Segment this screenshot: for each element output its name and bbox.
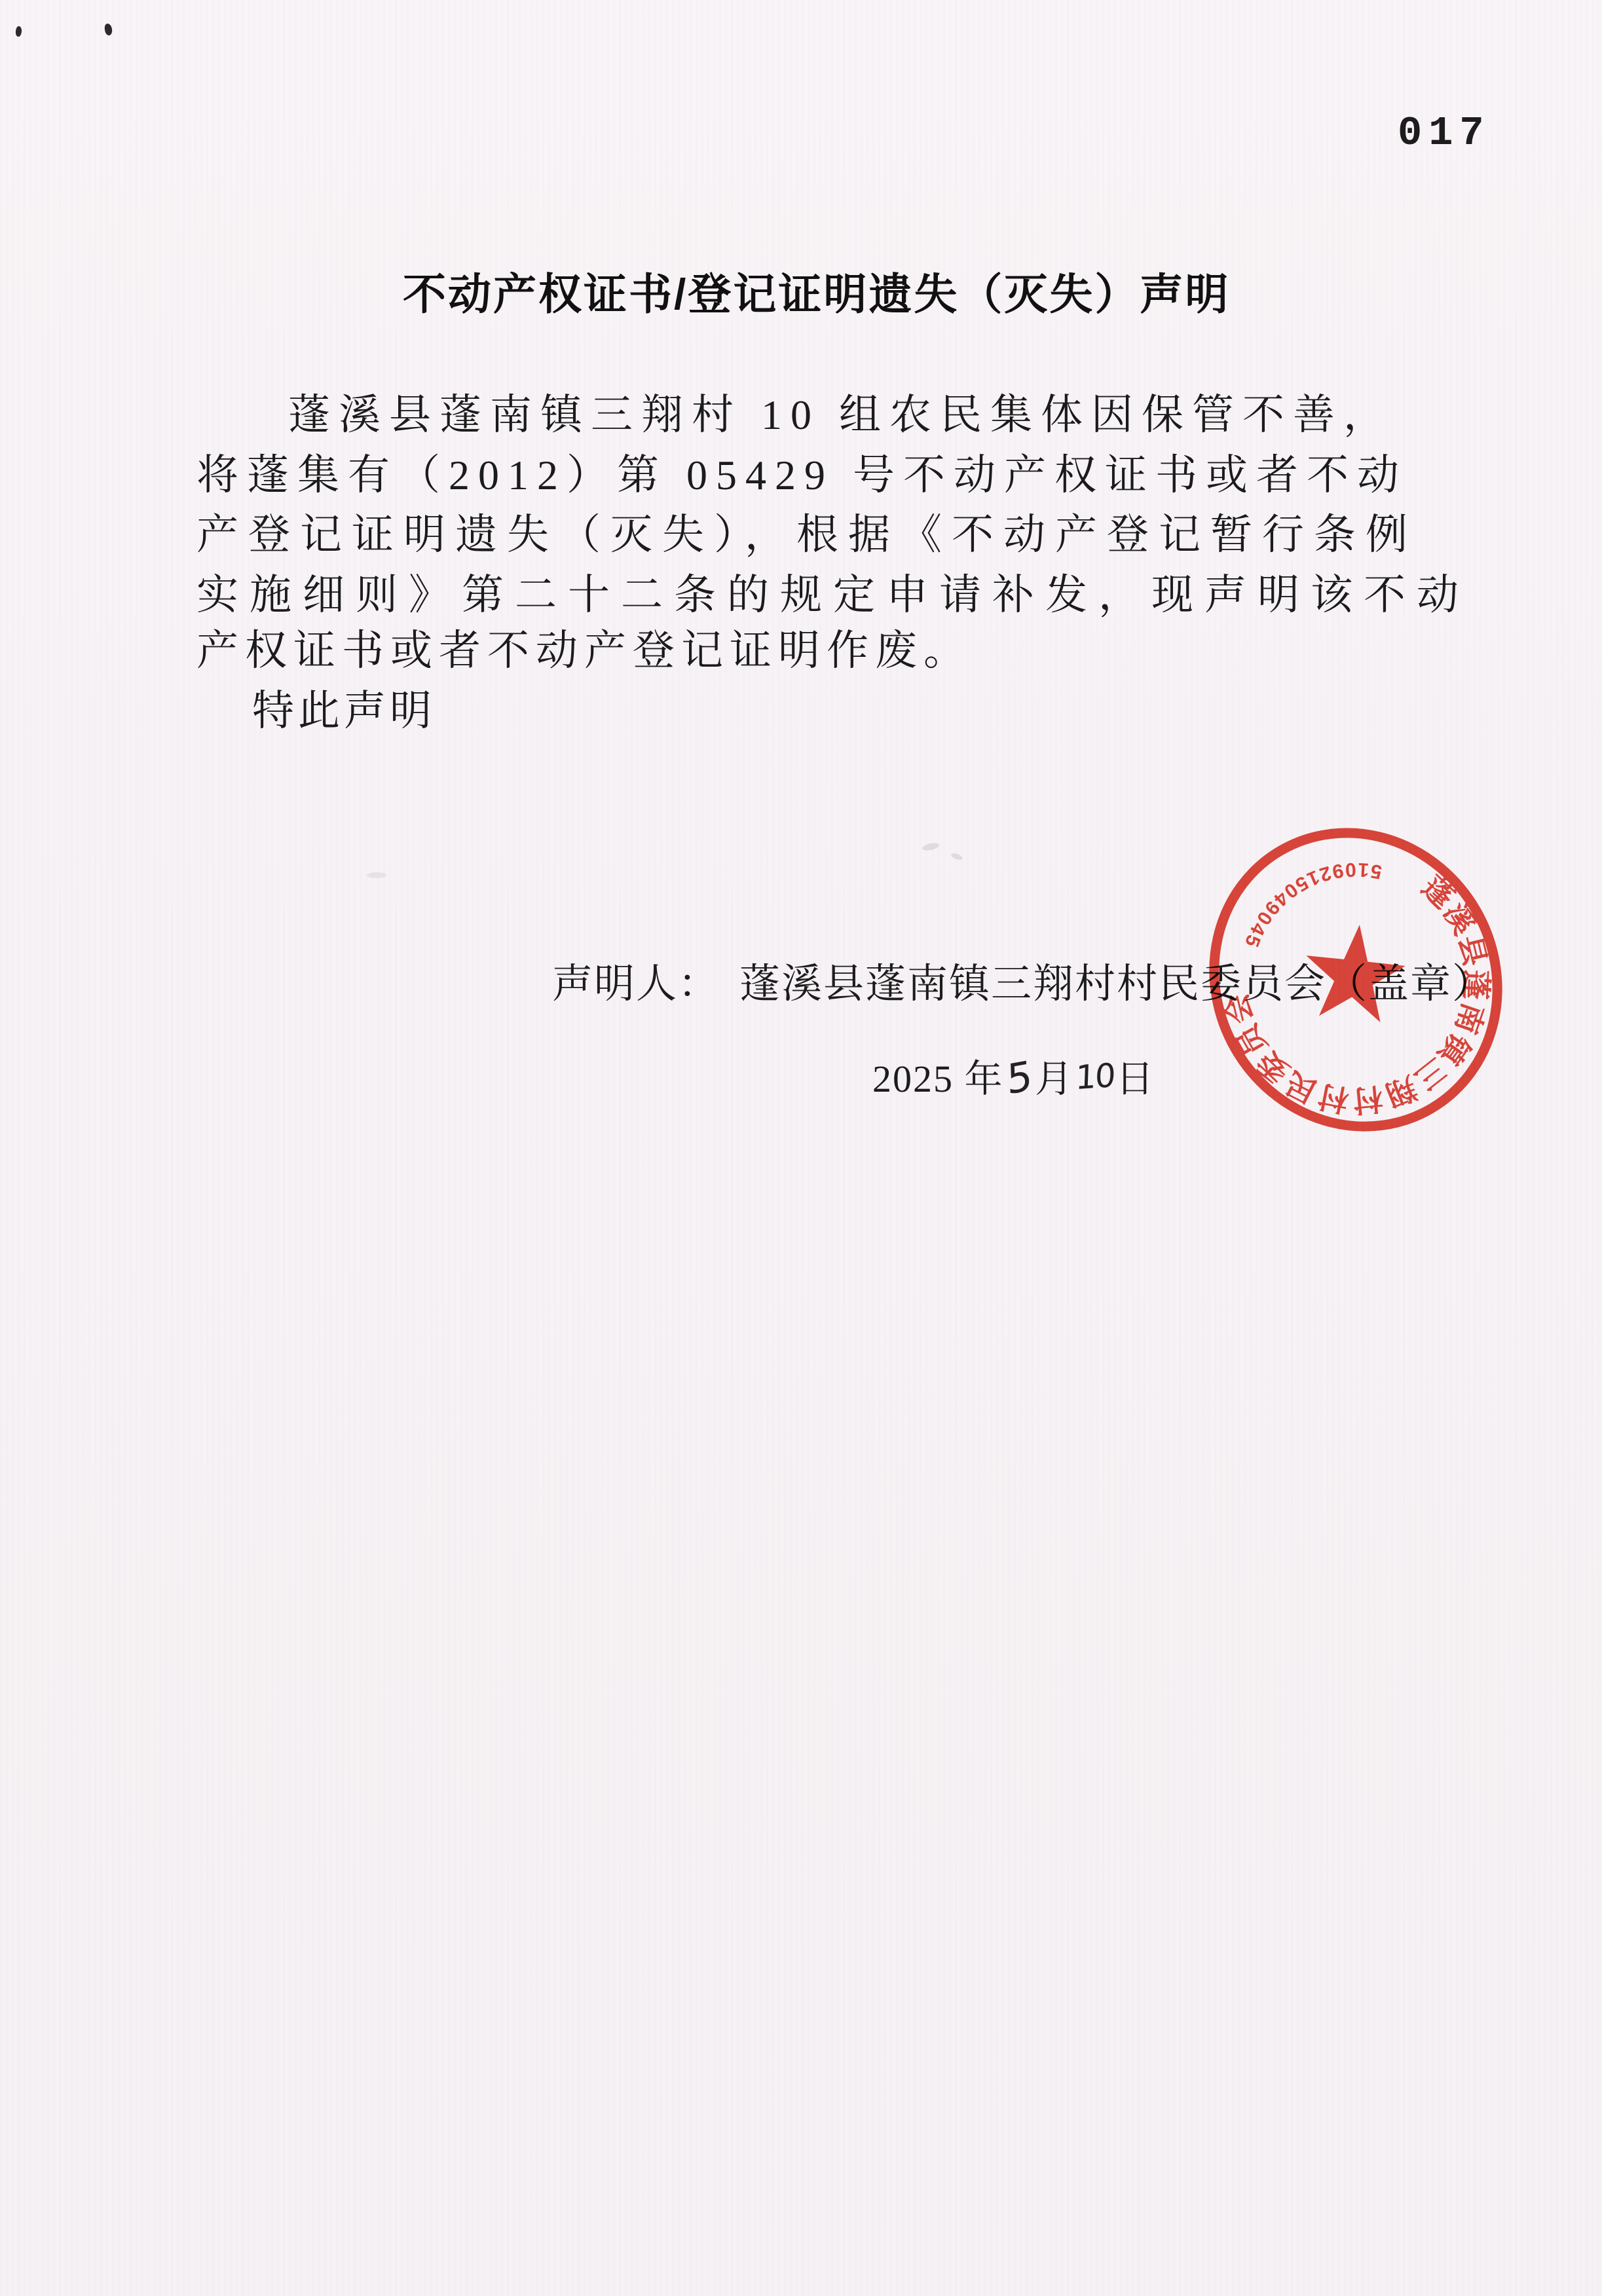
body-line-5: 产权证书或者不动产登记证明作废。 [196, 630, 972, 672]
official-red-seal: 蓬溪县蓬南镇三翔村村民委员会 5109215049045 [1202, 816, 1510, 1143]
scan-smudge [367, 872, 386, 878]
date-day-label: 日 [1116, 1058, 1155, 1100]
seal-graphic: 蓬溪县蓬南镇三翔村村民委员会 5109215049045 [1202, 816, 1510, 1143]
body-line-3: 产登记证明遗失（灭失），根据《不动产登记暂行条例 [196, 514, 1417, 556]
declarant-label: 声明人： [552, 962, 720, 1007]
scan-speck [104, 23, 113, 35]
seal-code: 5109215049045 [1223, 833, 1392, 959]
scanned-declaration-page: 017 不动产权证书/登记证明遗失（灭失）声明 蓬溪县蓬南镇三翔村 10 组农民… [0, 0, 1602, 2296]
body-line-2: 将蓬集有（2012）第 05429 号不动产权证书或者不动 [196, 454, 1407, 496]
closing-statement: 特此声明 [252, 690, 436, 732]
scan-smudge [922, 842, 940, 851]
body-line-1: 蓬溪县蓬南镇三翔村 10 组农民集体因保管不善， [288, 394, 1394, 436]
body-line-4: 实施细则》第二十二条的规定申请补发，现声明该不动 [196, 574, 1470, 616]
scan-speck [15, 26, 22, 37]
scan-smudge [950, 852, 963, 861]
handwritten-day: 10 [1075, 1056, 1115, 1097]
handwritten-month: 5 [1006, 1051, 1034, 1104]
date-month-label: 月 [1035, 1058, 1074, 1100]
date-year: 2025 年 [872, 1058, 1004, 1100]
date-line: 2025 年5月10日 [872, 1048, 1155, 1103]
page-number: 017 [1398, 110, 1491, 157]
seal-star [1290, 916, 1423, 1047]
document-title: 不动产权证书/登记证明遗失（灭失）声明 [403, 259, 1320, 322]
